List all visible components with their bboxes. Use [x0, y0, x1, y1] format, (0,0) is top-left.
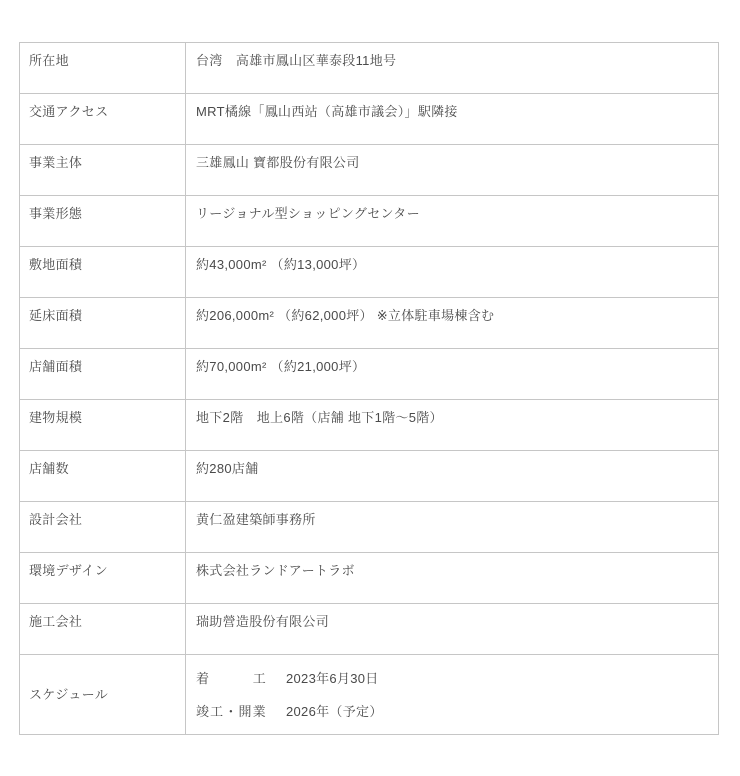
schedule-line-opening: 竣工・開業2026年（予定）	[196, 704, 708, 720]
row-label: 店舗面積	[20, 349, 186, 400]
row-value: 着工2023年6月30日 竣工・開業2026年（予定）	[186, 655, 719, 735]
row-value: MRT橘線「鳳山西站（高雄市議会）」駅隣接	[186, 94, 719, 145]
table-row-schedule: スケジュール 着工2023年6月30日 竣工・開業2026年（予定）	[20, 655, 719, 735]
row-label: 所在地	[20, 43, 186, 94]
table-row-design-firm: 設計会社 黄仁盈建築師事務所	[20, 502, 719, 553]
row-label: 敷地面積	[20, 247, 186, 298]
table-row-environment-design: 環境デザイン 株式会社ランドアートラボ	[20, 553, 719, 604]
row-value: リージョナル型ショッピングセンター	[186, 196, 719, 247]
schedule-date: 2026年（予定）	[286, 704, 383, 719]
schedule-term: 竣工・開業	[196, 704, 266, 720]
row-label: 設計会社	[20, 502, 186, 553]
row-label: 建物規模	[20, 400, 186, 451]
row-value: 瑞助營造股份有限公司	[186, 604, 719, 655]
page: 所在地 台湾 高雄市鳳山区華泰段11地号 交通アクセス MRT橘線「鳳山西站（高…	[0, 0, 740, 776]
table-row-location: 所在地 台湾 高雄市鳳山区華泰段11地号	[20, 43, 719, 94]
row-value: 黄仁盈建築師事務所	[186, 502, 719, 553]
row-value: 株式会社ランドアートラボ	[186, 553, 719, 604]
schedule-date: 2023年6月30日	[286, 671, 379, 686]
row-label: スケジュール	[20, 655, 186, 735]
row-label: 事業主体	[20, 145, 186, 196]
table-row-site-area: 敷地面積 約43,000m² （約13,000坪）	[20, 247, 719, 298]
row-value: 台湾 高雄市鳳山区華泰段11地号	[186, 43, 719, 94]
table-row-building-scale: 建物規模 地下2階 地上6階（店舗 地下1階～5階）	[20, 400, 719, 451]
project-info-table: 所在地 台湾 高雄市鳳山区華泰段11地号 交通アクセス MRT橘線「鳳山西站（高…	[19, 42, 719, 735]
row-value: 約280店舗	[186, 451, 719, 502]
row-label: 環境デザイン	[20, 553, 186, 604]
row-label: 施工会社	[20, 604, 186, 655]
table-row-developer: 事業主体 三雄鳳山 寶都股份有限公司	[20, 145, 719, 196]
schedule-line-groundbreaking: 着工2023年6月30日	[196, 671, 708, 687]
row-label: 店舗数	[20, 451, 186, 502]
table-row-floor-area: 延床面積 約206,000m² （約62,000坪） ※立体駐車場棟含む	[20, 298, 719, 349]
row-label: 交通アクセス	[20, 94, 186, 145]
row-label: 事業形態	[20, 196, 186, 247]
row-value: 三雄鳳山 寶都股份有限公司	[186, 145, 719, 196]
table-row-construction-firm: 施工会社 瑞助營造股份有限公司	[20, 604, 719, 655]
row-value: 約70,000m² （約21,000坪）	[186, 349, 719, 400]
table-row-store-count: 店舗数 約280店舗	[20, 451, 719, 502]
row-value: 地下2階 地上6階（店舗 地下1階～5階）	[186, 400, 719, 451]
table-row-access: 交通アクセス MRT橘線「鳳山西站（高雄市議会）」駅隣接	[20, 94, 719, 145]
schedule-term: 着工	[196, 671, 266, 687]
row-value: 約43,000m² （約13,000坪）	[186, 247, 719, 298]
table-row-store-area: 店舗面積 約70,000m² （約21,000坪）	[20, 349, 719, 400]
row-label: 延床面積	[20, 298, 186, 349]
row-value: 約206,000m² （約62,000坪） ※立体駐車場棟含む	[186, 298, 719, 349]
table-row-business-type: 事業形態 リージョナル型ショッピングセンター	[20, 196, 719, 247]
